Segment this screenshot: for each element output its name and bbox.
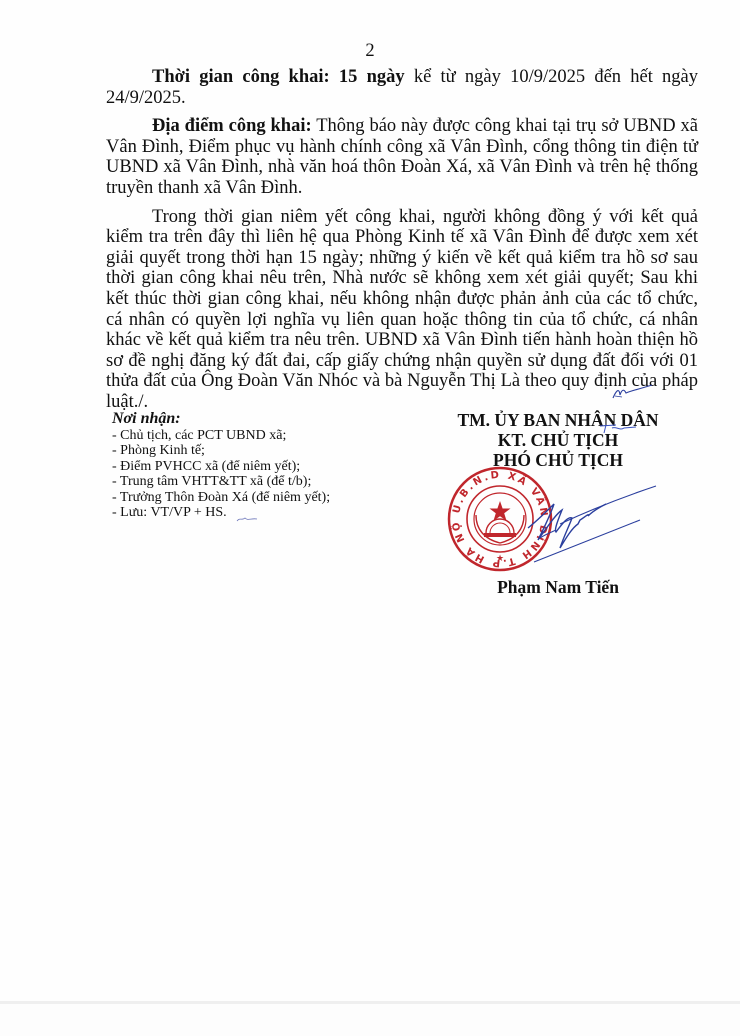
recipient-item: - Trung tâm VHTT&TT xã (để t/b); [112,474,330,490]
recipient-item: - Điểm PVHCC xã (để niêm yết); [112,459,330,475]
background-below-page [0,1004,740,1036]
paragraph-publication-time: Thời gian công khai: 15 ngày kể từ ngày … [106,67,698,108]
publication-duration: 15 ngày [339,67,405,87]
recipient-item: - Chủ tịch, các PCT UBND xã; [112,428,330,444]
notice-text: Trong thời gian niêm yết công khai, ngườ… [106,207,698,412]
recipients-block: Nơi nhận: - Chủ tịch, các PCT UBND xã; -… [112,411,330,521]
svg-text:★: ★ [496,554,504,564]
handwritten-signature [520,480,660,570]
page-number: 2 [0,41,740,62]
signature-title-line2: KT. CHỦ TỊCH [432,430,684,450]
handwritten-initial-mark [236,515,258,523]
paragraph-publication-location: Địa điểm công khai: Thông báo này được c… [106,116,698,198]
publication-location-label: Địa điểm công khai: [152,116,312,136]
recipient-item: - Trưởng Thôn Đoàn Xá (để niêm yết); [112,490,330,506]
signature-title-line1: TM. ỦY BAN NHÂN DÂN [432,410,684,430]
signature-block: TM. ỦY BAN NHÂN DÂN KT. CHỦ TỊCH PHÓ CHỦ… [432,410,684,470]
publication-time-label: Thời gian công khai: [152,67,330,87]
recipient-item: - Lưu: VT/VP + HS. [112,505,330,521]
document-body: Thời gian công khai: 15 ngày kể từ ngày … [106,67,698,413]
recipient-item: - Phòng Kinh tế; [112,443,330,459]
signer-name: Phạm Nam Tiến [432,577,684,598]
paragraph-notice: Trong thời gian niêm yết công khai, ngườ… [106,207,698,413]
handwritten-initial-mark [610,383,655,401]
handwritten-initial-mark [598,423,638,435]
document-page: 2 Thời gian công khai: 15 ngày kể từ ngà… [0,0,740,1001]
recipients-title: Nơi nhận: [112,411,330,427]
